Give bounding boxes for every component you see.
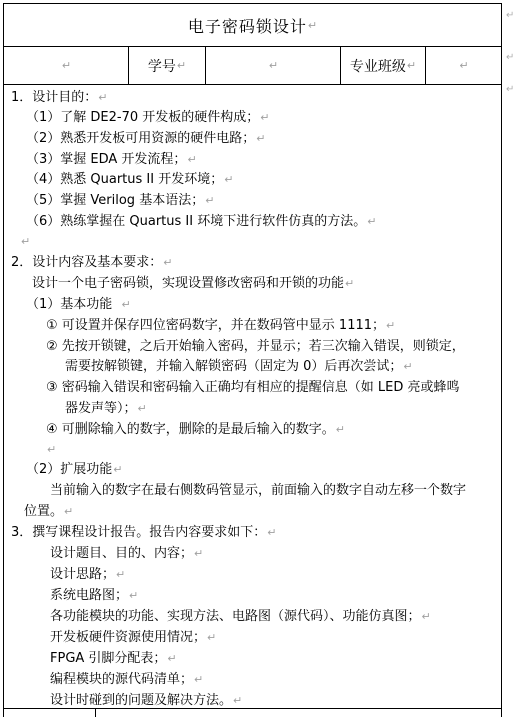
student-id-label: 学号 [148,56,176,76]
row-end-mark-icon: ↵ [506,84,514,95]
row-end-mark-icon: ↵ [506,52,514,63]
report-item-6: FPGA 引脚分配表；↵ [50,649,177,669]
paragraph-mark-icon: ↵ [62,59,71,72]
report-item-5: 开发板硬件资源使用情况；↵ [50,628,216,648]
student-id-value-cell[interactable]: ↵ [206,47,340,84]
empty-paragraph: ↵ [20,232,30,252]
report-item-2: 设计思路；↵ [50,565,125,585]
table-border-right [501,3,502,717]
paragraph-mark-icon: ↵ [308,19,317,32]
paragraph-mark-icon: ↵ [459,59,468,72]
ext-function-text: 当前输入的数字在最右侧数码管显示，前面输入的数字自动左移一个数字 [50,481,466,501]
basic-item-3: ③ 密码输入错误和密码输入正确均有相应的提醒信息（如 LED 亮或蜂鸣 [46,378,460,398]
ext-function-title: （2）扩展功能↵ [26,460,123,480]
basic-function-title: （1）基本功能 ↵ [26,295,131,315]
section-1-item-2: （2）熟悉开发板可用资源的硬件电路；↵ [26,129,266,149]
student-id-label-cell: 学号↵ [129,47,205,84]
section-2-heading: 2．设计内容及基本要求：↵ [11,253,173,273]
section-1-item-6: （6）熟练掌握在 Quartus II 环境下进行软件仿真的方法。↵ [26,212,376,232]
document-title: 电子密码锁设计 [188,14,307,37]
basic-item-1: ① 可设置并保存四位密码数字，并在数码管中显示 1111；↵ [46,316,395,336]
name-value-cell[interactable]: ↵ [4,47,128,84]
report-item-4: 各功能模块的功能、实现方法、电路图（源代码）、功能仿真图；↵ [50,607,431,627]
section-1-item-1: （1）了解 DE2-70 开发板的硬件构成；↵ [26,108,269,128]
class-value-cell[interactable]: ↵ [426,47,501,84]
report-item-8: 设计时碰到的问题及解决方法。↵ [50,691,242,711]
basic-item-2-cont: 需要按解锁键，并输入解锁密码（固定为 0）后再次尝试；↵ [65,357,413,377]
row-end-mark-icon: ↵ [506,10,514,21]
report-item-3: 系统电路图；↵ [50,586,138,606]
section-1-item-4: （4）熟悉 Quartus II 开发环境；↵ [26,170,233,190]
table-divider-info [3,84,502,85]
section-1-heading: 1．设计目的：↵ [11,88,108,108]
report-item-7: 编程模块的源代码清单；↵ [50,670,203,690]
paragraph-mark-icon: ↵ [177,59,186,72]
report-item-1: 设计题目、目的、内容；↵ [50,544,203,564]
section-3-heading: 3．撰写课程设计报告。报告内容要求如下：↵ [11,523,277,543]
class-label-cell: 专业班级↵ [341,47,425,84]
basic-item-3-cont: 器发声等）；↵ [65,399,147,419]
class-label: 专业班级 [350,56,406,76]
paragraph-mark-icon: ↵ [269,59,278,72]
basic-item-2: ② 先按开锁键，之后开始输入密码，并显示；若三次输入错误，则锁定， [46,337,465,357]
section-2-intro: 设计一个电子密码锁，实现设置修改密码和开锁的功能↵ [32,274,354,294]
title-cell[interactable]: 电子密码锁设计↵ [4,4,501,46]
table-border-left [3,3,4,717]
section-1-item-3: （3）掌握 EDA 开发流程；↵ [26,150,197,170]
ext-function-text-cont: 位置。↵ [24,502,73,522]
section-1-item-5: （5）掌握 Verilog 基本语法；↵ [26,191,214,211]
paragraph-mark-icon: ↵ [407,59,416,72]
empty-paragraph: ↵ [46,440,56,460]
basic-item-4: ④ 可删除输入的数字，删除的是最后输入的数字。↵ [46,420,345,440]
